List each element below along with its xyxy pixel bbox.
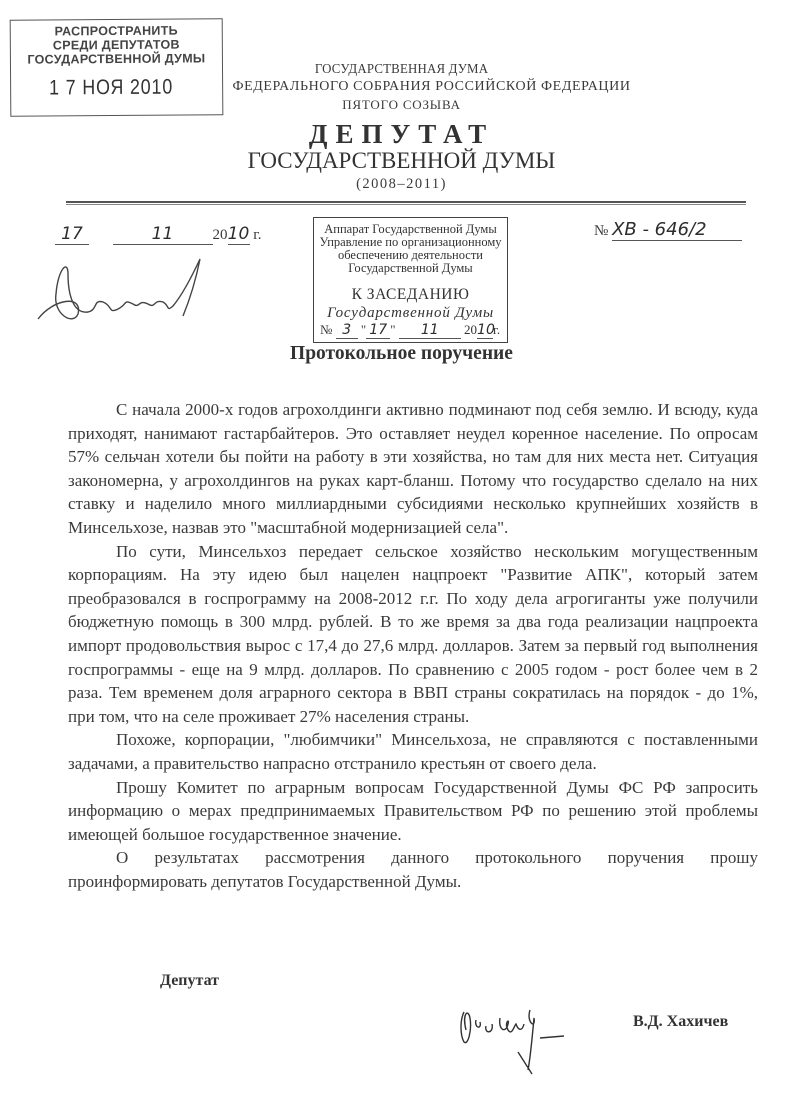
- date-day: 17: [55, 224, 89, 245]
- letterhead-subtitle: ГОСУДАРСТВЕННОЙ ДУМЫ: [0, 148, 803, 174]
- stamp-year-suffix: 10: [477, 322, 493, 339]
- body-paragraph: С начала 2000-х годов агрохолдинги актив…: [68, 398, 758, 540]
- document-title: Протокольное поручение: [0, 343, 803, 365]
- stamp-line: РАСПРОСТРАНИТЬ: [11, 23, 222, 38]
- handwritten-signature-resolution: [28, 254, 228, 324]
- body-paragraph: Прошу Комитет по аграрным вопросам Госуд…: [68, 776, 758, 847]
- body-paragraph: Похоже, корпорации, "любимчики" Минсельх…: [68, 728, 758, 775]
- date-suffix: г.: [253, 227, 261, 243]
- registration-stamp: Аппарат Государственной Думы Управление …: [313, 217, 508, 343]
- date-month: 11: [113, 224, 213, 245]
- date-year-suffix: 10: [228, 224, 250, 245]
- stamp-heading: К ЗАСЕДАНИЮ: [314, 286, 507, 304]
- signature-scribble-icon: [28, 254, 228, 324]
- letterhead-title: ДЕПУТАТ: [0, 119, 803, 150]
- letterhead-line-2: ФЕДЕРАЛЬНОГО СОБРАНИЯ РОССИЙСКОЙ ФЕДЕРАЦ…: [0, 79, 803, 95]
- letterhead-term: (2008–2011): [0, 176, 803, 193]
- body-paragraph: По сути, Минсельхоз передает сельское хо…: [68, 540, 758, 729]
- letterhead-divider: [66, 201, 746, 205]
- stamp-year-prefix: 20: [464, 322, 477, 337]
- outgoing-number-value: ХВ - 646/2: [612, 219, 742, 241]
- stamp-month: 11: [399, 322, 461, 339]
- letterhead-line-1: ГОСУДАРСТВЕННАЯ ДУМА: [32, 62, 771, 78]
- document-body: С начала 2000-х годов агрохолдинги актив…: [68, 398, 758, 893]
- stamp-day: 17: [366, 322, 390, 339]
- outgoing-number: № ХВ - 646/2: [594, 219, 764, 241]
- body-paragraph: О результатах рассмотрения данного прото…: [68, 846, 758, 893]
- stamp-suffix: г.: [493, 322, 500, 337]
- stamp-number: 3: [336, 322, 358, 339]
- stamp-line: СРЕДИ ДЕПУТАТОВ: [11, 37, 222, 52]
- stamp-subheading: Государственной Думы: [314, 305, 507, 322]
- stamp-org-line: Государственной Думы: [314, 262, 507, 276]
- stamp-number-line: № 3 "17" 11 2010г.: [320, 322, 500, 339]
- signatory-position: Депутат: [160, 972, 219, 990]
- distribution-stamp-text: РАСПРОСТРАНИТЬ СРЕДИ ДЕПУТАТОВ ГОСУДАРСТ…: [11, 23, 222, 66]
- signatory-name: В.Д. Хахичев: [633, 1013, 728, 1031]
- signature-scribble-icon: [456, 1000, 616, 1080]
- outgoing-number-label: №: [594, 223, 608, 239]
- handwritten-signature: [456, 1000, 616, 1080]
- stamp-number-label: №: [320, 322, 332, 337]
- date-year-prefix: 20: [213, 227, 228, 243]
- document-date: 17 112010 г.: [55, 224, 283, 244]
- letterhead-line-3: ПЯТОГО СОЗЫВА: [0, 97, 803, 113]
